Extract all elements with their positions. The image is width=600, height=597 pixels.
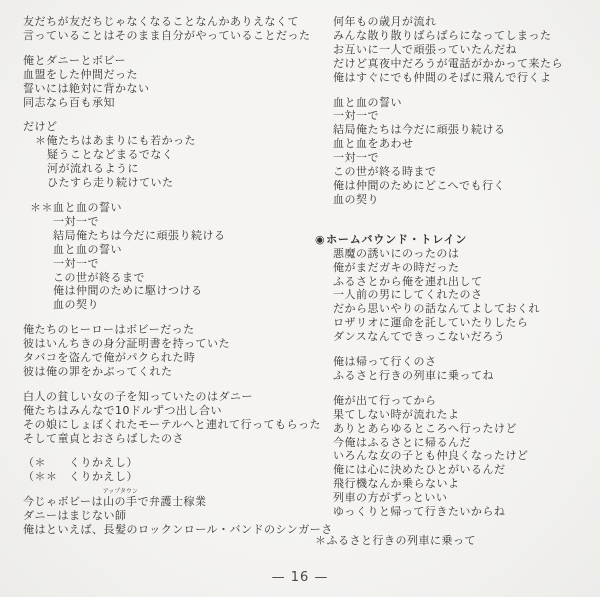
lyric-line: いろんな女の子とも仲良くなったけど <box>333 449 589 463</box>
lyric-line: 一人前の男にしてくれたのさ <box>333 288 589 302</box>
page-number: — 16 — <box>0 570 600 585</box>
stanza: ＊ふるさと行きの列車に乗って <box>333 534 589 548</box>
lyric-line: 血と血の誓い <box>333 96 589 110</box>
lyric-line: そして童貞とおさらばしたのさ <box>23 432 325 446</box>
stanza: だけど ＊俺たちはあまりにも若かった 疑うことなどまるでなく 河が流れるように … <box>23 120 325 190</box>
lyric-line: この世が終るまで <box>23 271 325 285</box>
lyric-line: 俺はすぐにでも仲間のそばに飛んで行くよ <box>333 71 589 85</box>
lyric-line: だから思いやりの話なんてよしておくれ <box>333 302 589 316</box>
lyric-line: 果てしない時が流れたよ <box>333 408 589 422</box>
lyric-line: 血の契り <box>23 298 325 312</box>
lyric-line: この世が終る時まで <box>333 165 589 179</box>
song-bullet-icon: ◉ <box>315 233 325 246</box>
lyric-line: タバコを盗んで俺がパクられた時 <box>23 351 325 365</box>
lyric-line: ゆっくりと帰って行きたいからね <box>333 505 589 519</box>
lyric-text: 今じゃボビーは <box>23 495 103 508</box>
lyric-line: 悪魔の誘いにのったのは <box>333 247 589 261</box>
lyric-line: 俺がまだガキの時だった <box>333 261 589 275</box>
lyric-line: 俺は仲間のために駆けつける <box>23 284 325 298</box>
lyric-line: ありとあらゆるところへ行ったけど <box>333 422 589 436</box>
lyric-line: 血盟をした仲間だった <box>23 68 325 82</box>
lyric-line: 彼はいんちきの身分証明書を持っていた <box>23 337 325 351</box>
lyric-line: 俺たちのヒーローはボビーだった <box>23 323 325 337</box>
stanza: 白人の貧しい女の子を知っていたのはダニー 俺たちはみんなで10ドルずつ出し合い … <box>23 390 325 446</box>
lyric-line: ＊俺たちはあまりにも若かった <box>23 134 325 148</box>
lyric-line: 今俺はふるさとに帰るんだ <box>333 436 589 450</box>
lyric-line: 俺は仲間のためにどこへでも行く <box>333 179 589 193</box>
lyric-line: 同志なら百も承知 <box>23 96 325 110</box>
lyric-line: ＊＊血と血の誓い <box>23 201 325 215</box>
lyric-line: 一対一で <box>333 109 589 123</box>
lyric-line: だけど真夜中だろうが電話がかかって来たら <box>333 57 589 71</box>
lyric-line: ひたすら走り続けていた <box>23 176 325 190</box>
lyric-line: ふるさとから俺を連れ出して <box>333 275 589 289</box>
lyric-line: 血の契り <box>333 193 589 207</box>
stanza: （＊ くりかえし） （＊＊ くりかえし） <box>23 456 325 484</box>
lyric-line-with-furigana: 今じゃボビーはアップタウン山の手で弁護士稼業 <box>23 495 325 509</box>
lyric-line: ダンスなんてできっこないだろう <box>333 330 589 344</box>
lyric-line: 飛行機なんか乗らないよ <box>333 477 589 491</box>
song-title-line: ◉ホームバウンド・トレイン <box>315 233 589 247</box>
lyric-line: 俺は帰って行くのさ <box>333 355 589 369</box>
stanza: 俺は帰って行くのさ ふるさと行きの列車に乗ってね <box>333 355 589 383</box>
lyric-line: 疑うことなどまるでなく <box>23 148 325 162</box>
furigana: アップタウン <box>103 489 138 495</box>
stanza: ＊＊血と血の誓い 一対一で 結局俺たちは今だに頑張り続ける 血と血の誓い 一対一… <box>23 201 325 312</box>
ruby-base: 山の手 <box>103 495 138 508</box>
lyric-line: 言っていることはそのまま自分がやっていることだった <box>23 29 325 43</box>
lyric-line: 一対一で <box>23 257 325 271</box>
stanza: 今じゃボビーはアップタウン山の手で弁護士稼業 ダニーはまじない師 俺はといえば、… <box>23 495 325 537</box>
lyric-line: 結局俺たちは今だに頑張り続ける <box>23 229 325 243</box>
lyric-line: 列車の方がずっといい <box>333 491 589 505</box>
lyric-line: 血と血をあわせ <box>333 137 589 151</box>
lyric-line: ダニーはまじない師 <box>23 509 325 523</box>
lyric-line: 友だちが友だちじゃなくなることなんかありえなくて <box>23 15 325 29</box>
repeat-mark-line: （＊＊ くりかえし） <box>23 470 325 484</box>
lyric-line: 俺が出て行ってから <box>333 394 589 408</box>
song-title: ホームバウンド・トレイン <box>326 233 467 246</box>
lyric-line: 俺はといえば、長髪のロックンロール・バンドのシンガーさ <box>23 523 325 537</box>
stanza: 血と血の誓い 一対一で 結局俺たちは今だに頑張り続ける 血と血をあわせ 一対一で… <box>333 96 589 207</box>
stanza: 友だちが友だちじゃなくなることなんかありえなくて 言っていることはそのまま自分が… <box>23 15 325 43</box>
lyric-line: その娘にしょぼくれたモーテルへと連れて行ってもらった <box>23 418 325 432</box>
lyrics-page: 友だちが友だちじゃなくなることなんかありえなくて 言っていることはそのまま自分が… <box>0 0 600 597</box>
lyric-line: 結局俺たちは今だに頑張り続ける <box>333 123 589 137</box>
lyric-line: 何年もの歳月が流れ <box>333 15 589 29</box>
stanza: 俺たちのヒーローはボビーだった 彼はいんちきの身分証明書を持っていた タバコを盗… <box>23 323 325 379</box>
lyric-line: 彼は俺の罪をかぶってくれた <box>23 365 325 379</box>
lyric-line: ふるさと行きの列車に乗ってね <box>333 369 589 383</box>
stanza: 何年もの歳月が流れ みんな散り散りばらばらになってしまった お互いに一人で頑張っ… <box>333 15 589 85</box>
lyric-line: 誓いには絶対に背かない <box>23 82 325 96</box>
lyrics-column-right: 何年もの歳月が流れ みんな散り散りばらばらになってしまった お互いに一人で頑張っ… <box>333 15 589 548</box>
ruby-word: アップタウン山の手 <box>103 495 138 509</box>
lyric-text: で弁護士稼業 <box>138 495 207 508</box>
lyric-line: 河が流れるように <box>23 162 325 176</box>
lyric-line: 一対一で <box>23 215 325 229</box>
stanza: 俺が出て行ってから 果てしない時が流れたよ ありとあらゆるところへ行ったけど 今… <box>333 394 589 519</box>
lyric-line: 血と血の誓い <box>23 243 325 257</box>
lyric-line: 俺たちはみんなで10ドルずつ出し合い <box>23 404 325 418</box>
repeat-mark-line: （＊ くりかえし） <box>23 456 325 470</box>
lyric-line: お互いに一人で頑張っていたんだね <box>333 43 589 57</box>
lyric-line: ロザリオに運命を託していたりしたら <box>333 316 589 330</box>
lyric-line: 一対一で <box>333 151 589 165</box>
lyrics-column-left: 友だちが友だちじゃなくなることなんかありえなくて 言っていることはそのまま自分が… <box>23 15 325 537</box>
lyric-line: 白人の貧しい女の子を知っていたのはダニー <box>23 390 325 404</box>
lyric-line: みんな散り散りばらばらになってしまった <box>333 29 589 43</box>
lyric-line: だけど <box>23 120 325 134</box>
lyric-line: 俺には心に決めたひとがいるんだ <box>333 463 589 477</box>
song-section: ◉ホームバウンド・トレイン 悪魔の誘いにのったのは 俺がまだガキの時だった ふる… <box>333 233 589 344</box>
repeat-refrain-line: ＊ふるさと行きの列車に乗って <box>315 534 589 548</box>
stanza: 俺とダニーとボビー 血盟をした仲間だった 誓いには絶対に背かない 同志なら百も承… <box>23 54 325 110</box>
lyric-line: 俺とダニーとボビー <box>23 54 325 68</box>
